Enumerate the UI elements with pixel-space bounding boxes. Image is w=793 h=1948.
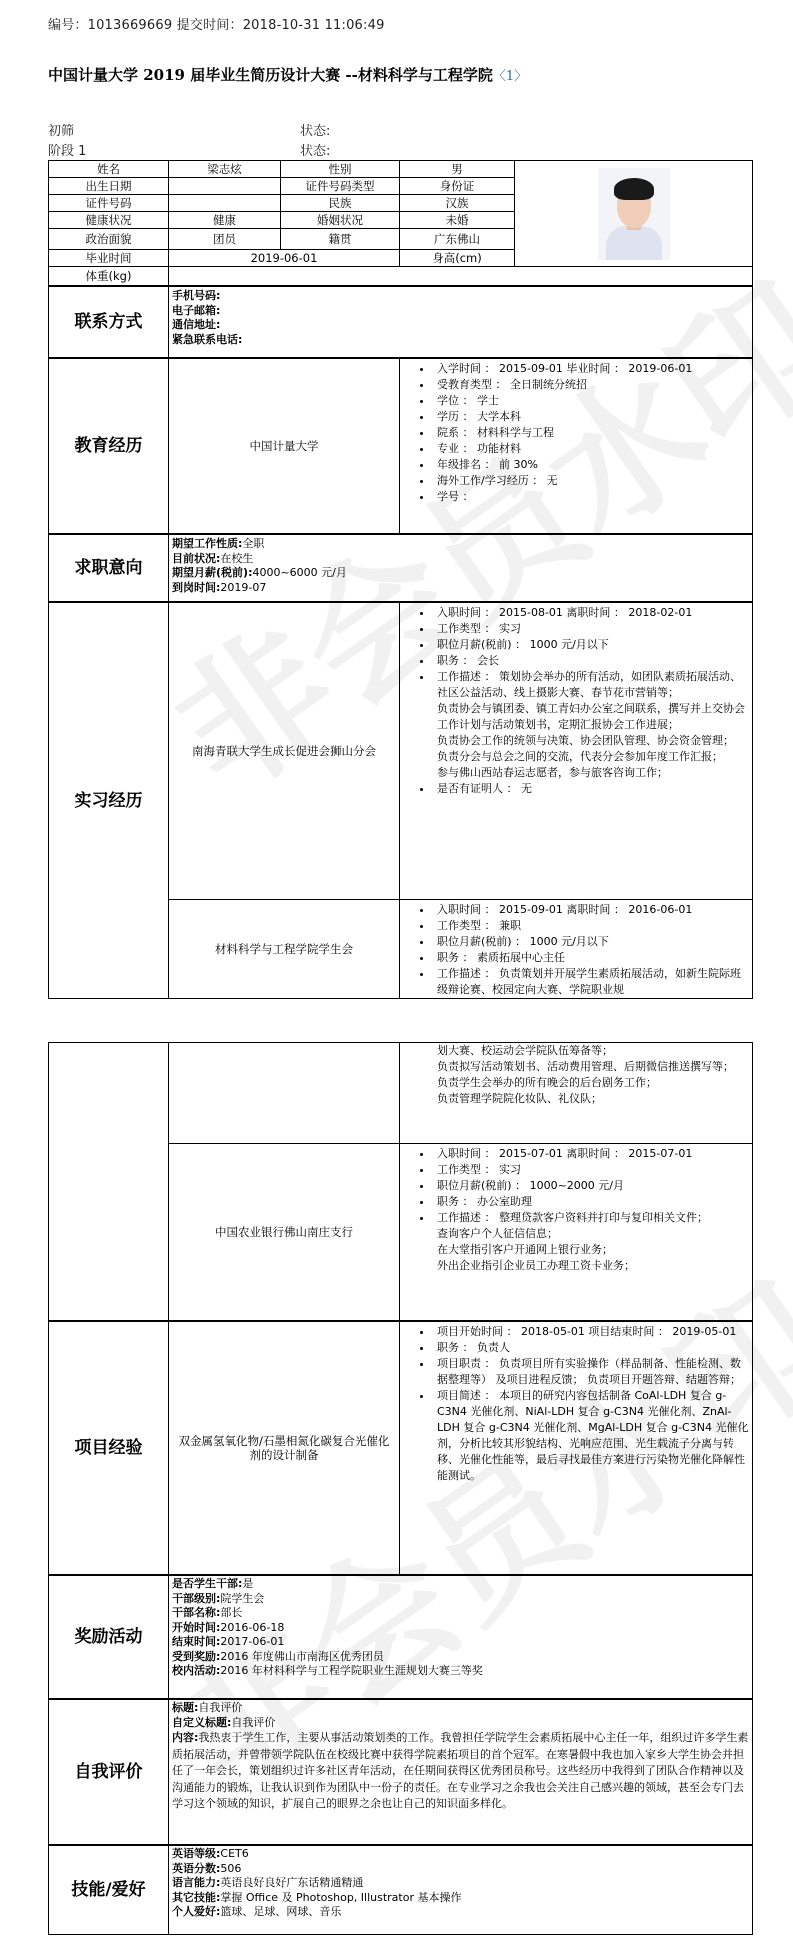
field-value: 未婚 (400, 212, 515, 229)
list-item: 海外工作/学习经历 ： 无 (433, 473, 749, 489)
field-value: 汉族 (400, 195, 515, 212)
list-item: 入职时间 ： 2015-07-01 离职时间 ： 2015-07-01 (433, 1146, 749, 1162)
field-value (169, 178, 281, 195)
work-desc-line: 负责拟写活动策划书、活动费用管理、后期微信推送撰写等； (437, 1059, 749, 1075)
internship-details: 入职时间 ： 2015-07-01 离职时间 ： 2015-07-01 工作类型… (400, 1144, 753, 1322)
work-desc-line: 负责分会与总会之间的交流，代表分会参加年度工作汇报； (437, 749, 749, 765)
work-desc-line: 在大堂指引客户开通网上银行业务； (437, 1242, 749, 1258)
list-item: 年级排名 ： 前 30% (433, 457, 749, 473)
self-eval-field: 自定义标题:自我评价 (172, 1716, 749, 1731)
list-item: 职务 ： 办公室助理 (433, 1194, 749, 1210)
field-label: 婚姻状况 (281, 212, 400, 229)
award-field: 结束时间:2017-06-01 (172, 1635, 749, 1650)
work-desc-line: 负责学生会举办的所有晚会的后台剧务工作； (437, 1075, 749, 1091)
list-item: 院系 ： 材料科学与工程 (433, 425, 749, 441)
work-desc-line: 负责协会与镇团委、镇工青妇办公室之间联系，撰写并上交协会工作计划与活动策划书，定… (437, 701, 749, 733)
field-label: 政治面貌 (49, 229, 169, 250)
section-label: 实习经历 (49, 602, 169, 999)
list-item: 入职时间 ： 2015-08-01 离职时间 ： 2018-02-01 (433, 605, 749, 621)
section-intention: 求职意向 期望工作性质:全职 目前状况:在校生 期望月薪(税前):4000~60… (49, 534, 753, 602)
org-name-cont (169, 1043, 400, 1144)
page-ref-link[interactable]: 〈1〉 (493, 69, 527, 84)
submit-time: 2018-10-31 11:06:49 (243, 18, 385, 33)
field-value: 2019-06-01 (169, 250, 400, 267)
field-value (169, 267, 753, 287)
section-awards: 奖励活动 是否学生干部:是 干部级别:院学生会 干部名称:部长 开始时间:201… (49, 1575, 753, 1699)
award-field: 受到奖励:2016 年度佛山市南海区优秀团员 (172, 1650, 749, 1665)
section-label: 联系方式 (49, 286, 169, 358)
project-name: 双金属氢氧化物/石墨相氮化碳复合光催化剂的设计制备 (169, 1321, 400, 1575)
work-desc-line: 参与佛山西站春运志愿者，参与旅客咨询工作； (437, 765, 749, 781)
intention-fields: 期望工作性质:全职 目前状况:在校生 期望月薪(税前):4000~6000 元/… (169, 534, 753, 602)
skill-field: 英语分数:506 (172, 1862, 749, 1877)
intention-field: 到岗时间:2019-07 (172, 581, 749, 596)
page-title: 中国计量大学 2019 届毕业生简历设计大赛 --材料科学与工程学院〈1〉 (48, 64, 527, 85)
resume-table-page-2: 划大赛、校运动会学院队伍筹备等； 负责拟写活动策划书、活动费用管理、后期微信推送… (48, 1042, 753, 1935)
section-education: 教育经历 中国计量大学 入学时间 ： 2015-09-01 毕业时间 ： 201… (49, 358, 753, 534)
field-label: 民族 (281, 195, 400, 212)
list-item: 项目开始时间 ： 2018-05-01 项目结束时间 ： 2019-05-01 (433, 1324, 749, 1340)
resume-id: 1013669669 (88, 18, 173, 33)
list-item: 入学时间 ： 2015-09-01 毕业时间 ： 2019-06-01 (433, 361, 749, 377)
list-item: 职务 ： 会长 (433, 653, 749, 669)
skill-field: 英语等级:CET6 (172, 1847, 749, 1862)
avatar (598, 168, 670, 260)
list-item: 学位 ： 学士 (433, 393, 749, 409)
basic-info-row: 姓名 梁志炫 性别 男 (49, 161, 753, 178)
list-item: 专业 ： 功能材料 (433, 441, 749, 457)
org-name: 材料科学与工程学院学生会 (169, 900, 400, 999)
school-name: 中国计量大学 (169, 358, 400, 534)
self-eval-fields: 标题:自我评价 自定义标题:自我评价 内容:我热衷于学生工作，主要从事活动策划类… (169, 1699, 753, 1845)
submit-time-label: 提交时间： (177, 18, 243, 33)
field-value: 健康 (169, 212, 281, 229)
project-details: 项目开始时间 ： 2018-05-01 项目结束时间 ： 2019-05-01 … (400, 1321, 753, 1575)
section-contact: 联系方式 手机号码: 电子邮箱: 通信地址: 紧急联系电话: (49, 286, 753, 358)
work-desc: 工作描述 ： 整理贷款客户资料并打印与复印相关文件； (437, 1210, 749, 1226)
resume-table-page-1: 姓名 梁志炫 性别 男 出生日期 证件号码类型 身份证 证件号码 民族 汉族 健… (48, 160, 753, 999)
list-item: 工作描述 ： 负责策划并开展学生素质拓展活动，如新生院际班级辩论赛、校园定向大赛… (433, 966, 749, 998)
section-label: 奖励活动 (49, 1575, 169, 1699)
field-label: 毕业时间 (49, 250, 169, 267)
list-item: 工作类型 ： 实习 (433, 621, 749, 637)
list-item: 职位月薪(税前) ： 1000~2000 元/月 (433, 1178, 749, 1194)
stage-name: 阶段 1 (48, 140, 86, 159)
work-desc: 划大赛、校运动会学院队伍筹备等； (437, 1043, 749, 1059)
list-item: 学号 ： (433, 489, 749, 505)
basic-info-row: 体重(kg) (49, 267, 753, 287)
field-value: 广东佛山 (400, 229, 515, 250)
list-item: 项目简述 ： 本项目的研究内容包括制备 CoAl-LDH 复合 g-C3N4 光… (433, 1388, 749, 1484)
award-field: 干部级别:院学生会 (172, 1592, 749, 1607)
self-eval-content: 内容:我热衷于学生工作，主要从事活动策划类的工作。我曾担任学院学生会素质拓展中心… (172, 1730, 749, 1813)
list-item: 工作描述 ： 整理贷款客户资料并打印与复印相关文件； 查询客户个人征信信息； 在… (433, 1210, 749, 1274)
list-item: 职务 ： 负责人 (433, 1340, 749, 1356)
list-item: 学历 ： 大学本科 (433, 409, 749, 425)
work-desc-line: 查询客户个人征信信息； (437, 1226, 749, 1242)
section-internship: 实习经历 南海青联大学生成长促进会狮山分会 入职时间 ： 2015-08-01 … (49, 602, 753, 900)
skill-field: 个人爱好:篮球、足球、网球、音乐 (172, 1905, 749, 1920)
list-item: 入职时间 ： 2015-09-01 离职时间 ： 2016-06-01 (433, 902, 749, 918)
section-label: 求职意向 (49, 534, 169, 602)
awards-fields: 是否学生干部:是 干部级别:院学生会 干部名称:部长 开始时间:2016-06-… (169, 1575, 753, 1699)
contact-fields: 手机号码: 电子邮箱: 通信地址: 紧急联系电话: (169, 286, 753, 358)
field-label: 姓名 (49, 161, 169, 178)
list-item: 职位月薪(税前) ： 1000 元/月以下 (433, 637, 749, 653)
field-value: 团员 (169, 229, 281, 250)
intention-field: 目前状况:在校生 (172, 552, 749, 567)
list-item: 工作类型 ： 实习 (433, 1162, 749, 1178)
id-label: 编号： (48, 18, 88, 33)
education-details: 入学时间 ： 2015-09-01 毕业时间 ： 2019-06-01 受教育类… (400, 358, 753, 534)
org-name: 南海青联大学生成长促进会狮山分会 (169, 602, 400, 900)
field-label: 出生日期 (49, 178, 169, 195)
work-desc-line: 外出企业指引企业员工办理工资卡业务； (437, 1258, 749, 1274)
contact-field: 紧急联系电话: (172, 333, 749, 348)
section-label: 自我评价 (49, 1699, 169, 1845)
award-field: 干部名称:部长 (172, 1606, 749, 1621)
stage-status-label: 状态: (300, 140, 330, 159)
field-label: 身高(cm) (400, 250, 515, 267)
field-value: 男 (400, 161, 515, 178)
award-field: 校内活动:2016 年材料科学与工程学院职业生涯规划大赛三等奖 (172, 1664, 749, 1679)
section-self-eval: 自我评价 标题:自我评价 自定义标题:自我评价 内容:我热衷于学生工作，主要从事… (49, 1699, 753, 1845)
list-item: 项目职责 ： 负责项目所有实验操作（样品制备、性能检测、数据整理等） 及项目进程… (433, 1356, 749, 1388)
field-value: 梁志炫 (169, 161, 281, 178)
section-label-cont (49, 1043, 169, 1322)
field-label: 证件号码 (49, 195, 169, 212)
stage-status-label: 状态: (300, 120, 330, 139)
contact-field: 手机号码: (172, 289, 749, 304)
field-label: 籍贯 (281, 229, 400, 250)
org-name: 中国农业银行佛山南庄支行 (169, 1144, 400, 1322)
list-item: 职位月薪(税前) ： 1000 元/月以下 (433, 934, 749, 950)
list-item: 职务 ： 素质拓展中心主任 (433, 950, 749, 966)
contact-field: 通信地址: (172, 318, 749, 333)
section-label: 项目经验 (49, 1321, 169, 1575)
intention-field: 期望工作性质:全职 (172, 537, 749, 552)
list-item: 是否有证明人 ： 无 (433, 781, 749, 797)
internship-details: 入职时间 ： 2015-09-01 离职时间 ： 2016-06-01 工作类型… (400, 900, 753, 999)
section-project: 项目经验 双金属氢氧化物/石墨相氮化碳复合光催化剂的设计制备 项目开始时间 ： … (49, 1321, 753, 1575)
contact-field: 电子邮箱: (172, 304, 749, 319)
list-item: 工作类型 ： 兼职 (433, 918, 749, 934)
skill-field: 语言能力:英语良好良好广东话精通精通 (172, 1876, 749, 1891)
intention-field: 期望月薪(税前):4000~6000 元/月 (172, 566, 749, 581)
list-item: 受教育类型 ： 全日制统分统招 (433, 377, 749, 393)
work-desc: 工作描述 ： 策划协会举办的所有活动，如团队素质拓展活动、社区公益活动、线上摄影… (437, 669, 749, 701)
award-field: 是否学生干部:是 (172, 1577, 749, 1592)
title-text: 中国计量大学 2019 届毕业生简历设计大赛 --材料科学与工程学院 (48, 66, 493, 84)
skill-field: 其它技能:掌握 Office 及 Photoshop, Illustrator … (172, 1891, 749, 1906)
section-label: 技能/爱好 (49, 1845, 169, 1935)
award-field: 开始时间:2016-06-18 (172, 1621, 749, 1636)
work-desc-line: 负责协会工作的统领与决策、协会团队管理、协会资金管理； (437, 733, 749, 749)
field-value (169, 195, 281, 212)
field-label: 证件号码类型 (281, 178, 400, 195)
stage-name: 初筛 (48, 120, 74, 139)
list-item: 工作描述 ： 策划协会举办的所有活动，如团队素质拓展活动、社区公益活动、线上摄影… (433, 669, 749, 781)
internship-entry-continued: 划大赛、校运动会学院队伍筹备等； 负责拟写活动策划书、活动费用管理、后期微信推送… (49, 1043, 753, 1144)
section-label: 教育经历 (49, 358, 169, 534)
field-label: 性别 (281, 161, 400, 178)
internship-details-cont: 划大赛、校运动会学院队伍筹备等； 负责拟写活动策划书、活动费用管理、后期微信推送… (400, 1043, 753, 1144)
photo-cell (515, 161, 753, 267)
field-value: 身份证 (400, 178, 515, 195)
submission-meta: 编号：1013669669 提交时间：2018-10-31 11:06:49 (48, 14, 385, 33)
work-desc-line: 负责管理学院院化妆队、礼仪队； (437, 1091, 749, 1107)
self-eval-field: 标题:自我评价 (172, 1701, 749, 1716)
section-skills: 技能/爱好 英语等级:CET6 英语分数:506 语言能力:英语良好良好广东话精… (49, 1845, 753, 1935)
internship-details: 入职时间 ： 2015-08-01 离职时间 ： 2018-02-01 工作类型… (400, 602, 753, 900)
field-label: 健康状况 (49, 212, 169, 229)
field-label: 体重(kg) (49, 267, 169, 287)
skills-fields: 英语等级:CET6 英语分数:506 语言能力:英语良好良好广东话精通精通 其它… (169, 1845, 753, 1935)
